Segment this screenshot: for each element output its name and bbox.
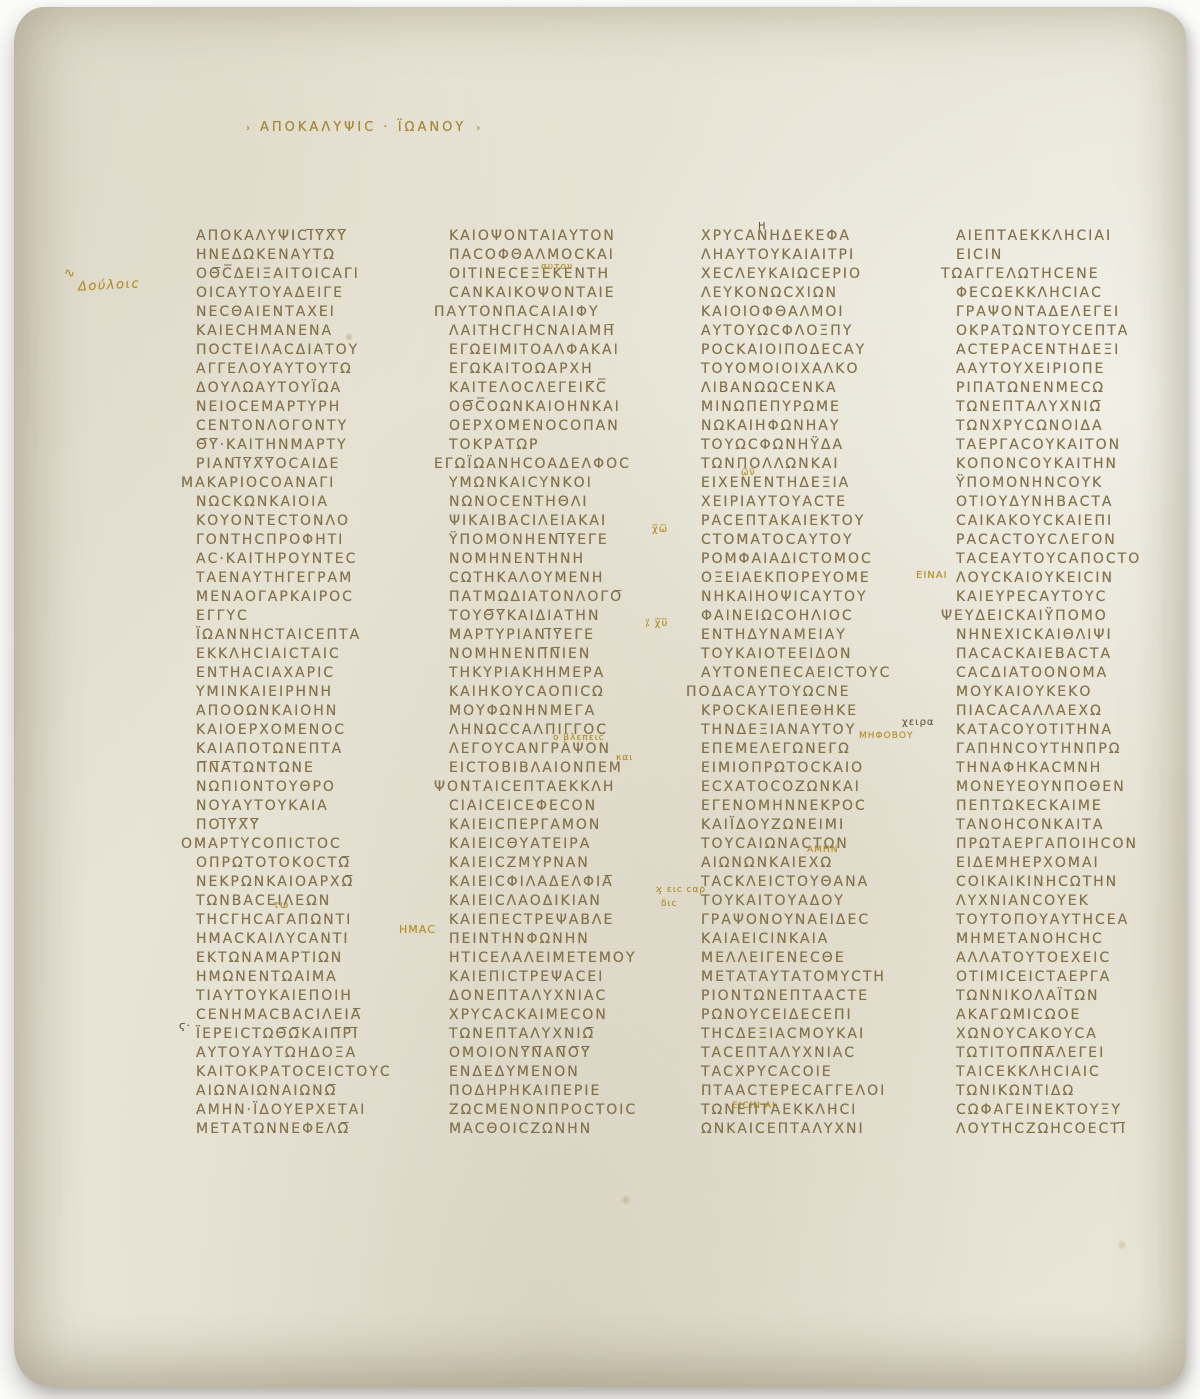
text-line: ΠΕΙΝΤΗΝΦΩΝΗΝ xyxy=(449,930,687,949)
text-line: ΚΑΙΟΕΡΧΟΜΕΝΟC xyxy=(196,721,434,740)
text-line: ΚΑΙΟΨΟΝΤΑΙΑΥΤΟΝ xyxy=(449,227,687,246)
text-line: ΡΩΝΟΥCΕΙΔΕCΕΠΙ xyxy=(701,1006,939,1025)
text-line: ΑΙΕΠΤΑΕΚΚΛΗCΙΑΙ xyxy=(956,227,1194,246)
text-line: ΕΙCΙΝ xyxy=(956,246,1194,265)
text-line: ΝΗΝΕΧΙCΚΑΙΘΛΙΨΙ xyxy=(956,626,1194,645)
text-line: CΑΙΚΑΚΟΥCΚΑΙΕΠΙ xyxy=(956,512,1194,531)
text-line: ΝΟΜΗΝΕΝΤΗΝΗ xyxy=(449,550,687,569)
text-line: ΝΩΚΑΙΗΦΩΝΗΑΥ xyxy=(701,417,939,436)
text-line: ΕΙΔΕΜΗΕΡΧΟΜΑΙ xyxy=(956,854,1194,873)
text-line: ΠΙΑCΑCΑΛΛΑΕΧΩ xyxy=(956,702,1194,721)
text-line: ΝΕCΘΑΙΕΝΤΑΧΕΙ xyxy=(196,303,434,322)
text-line: ΧΡΥCΑCΚΑΙΜΕCΟΝ xyxy=(449,1006,687,1025)
text-line: ΕΓΩΕΙΜΙΤΟΑΛΦΑΚΑΙ xyxy=(449,341,687,360)
text-column-3: ΧΡΥCΑΝΗΔΕΚΕΦΑΛΗΑΥΤΟΥΚΑΙΑΙΤΡΙΧΕCΛΕΥΚΑΙΩCΕ… xyxy=(701,227,939,1139)
text-line: ΜΙΝΩΠΕΠΥΡΩΜΕ xyxy=(701,398,939,417)
text-line: ΡΑCΕΠΤΑΚΑΙΕΚΤΟΥ xyxy=(701,512,939,531)
text-line: ΝΟΜΗΝΕΝΠ̅Ν̅ΙΕΝ xyxy=(449,645,687,664)
text-line: ΜΕΛΛΕΙΓΕΝΕCΘΕ xyxy=(701,949,939,968)
text-line: ΕΚΚΛΗCΙΑΙCΤΑΙC xyxy=(196,645,434,664)
text-line: ΟΞΕΙΑΕΚΠΟΡΕΥΟΜΕ xyxy=(701,569,939,588)
text-line: ΕΝΔΕΔΥΜΕΝΟΝ xyxy=(449,1063,687,1082)
text-line: ΤΟΥΚΑΙΤΟΥΑΔΟΥ xyxy=(701,892,939,911)
text-line: ΕΙΜΙΟΠΡΩΤΟCΚΑΙΟ xyxy=(701,759,939,778)
text-column-4: ΑΙΕΠΤΑΕΚΚΛΗCΙΑΙΕΙCΙΝΤΩΑΓΓΕΛΩΤΗCΕΝΕΦΕCΩΕΚ… xyxy=(956,227,1194,1139)
text-line: ΡΑCΑCΤΟΥCΛΕΓΟΝ xyxy=(956,531,1194,550)
text-line: ΓΑΠΗΝCΟΥΤΗΝΠΡΩ xyxy=(956,740,1194,759)
margin-squiggle: ∿ xyxy=(64,266,77,282)
text-line: ΤΑΕΝΑΥΤΗΓΕΓΡΑΜ xyxy=(196,569,434,588)
text-line: ΧΡΥCΑΝΗΔΕΚΕΦΑ xyxy=(701,227,939,246)
interlinear-on: ω̅ν̅ xyxy=(741,468,756,478)
text-line: ΚΑΙΕΙCΛΑΟΔΙΚΙΑΝ xyxy=(449,892,687,911)
interlinear-o-blepeis: ο βλεπειϲ xyxy=(553,733,605,743)
text-line: ΛΕΥΚΟΝΩCΧΙΩΝ xyxy=(701,284,939,303)
text-line: ΔΟΥΛΩΑΥΤΟΥΪΩΑ xyxy=(196,379,434,398)
margin-note-cho: χ̅ω̅ xyxy=(652,524,668,535)
margin-note-kai-eis-sar: ϗ ειϲ ϲαρ xyxy=(656,885,706,895)
margin-note-dis: διϲ xyxy=(661,899,678,909)
text-line: ΕΝΤΗΔΥΝΑΜΕΙΑΥ xyxy=(701,626,939,645)
text-line: ΠΑCΑCΚΑΙΕΒΑCΤΑ xyxy=(956,645,1194,664)
text-line: ΤΟΥΤΟΠΟΥΑΥΤΗCΕΑ xyxy=(956,911,1194,930)
text-line: ΕΓΩΪΩΑΝΗCΟΑΔΕΛΦΟC xyxy=(434,455,687,474)
text-line: ΚΑΙΕΙCΠΕΡΓΑΜΟΝ xyxy=(449,816,687,835)
text-line: CΩΦΑΓΕΙΝΕΚΤΟΥΞΥ xyxy=(956,1101,1194,1120)
text-line: ΤΑΕΡΓΑCΟΥΚΑΙΤΟΝ xyxy=(956,436,1194,455)
interlinear-to: τω xyxy=(273,900,289,911)
text-line: ΚΑΙΟΙΟΦΘΑΛΜΟΙ xyxy=(701,303,939,322)
text-line: ΤΗCΔΕΞΙΑCΜΟΥΚΑΙ xyxy=(701,1025,939,1044)
text-line: ΤΗΚΥΡΙΑΚΗΗΜΕΡΑ xyxy=(449,664,687,683)
text-line: ΚΑΙΕΠΙCΤΡΕΨΑCΕΙ xyxy=(449,968,687,987)
text-line: ΕΝΤΗΑCΙΑΧΑΡΙC xyxy=(196,664,434,683)
text-line: ΚΑΙΕΠΕCΤΡΕΨΑΒΛΕ xyxy=(449,911,687,930)
interlinear-eta: Η xyxy=(758,221,767,232)
running-title-text: ΑΠΟΚΑΛΥΨΙC · ΪΩΑΝΟΥ xyxy=(260,120,466,135)
text-line: ΠΕΠΤΩΚΕCΚΑΙΜΕ xyxy=(956,797,1194,816)
text-line: ΤΩΝΝΙΚΟΛΑΪΤΩΝ xyxy=(956,987,1194,1006)
text-line: ΕCΧΑΤΟCΟΖΩΝΚΑΙ xyxy=(701,778,939,797)
text-line: ΝΗΚΑΙΗΟΨΙCΑΥΤΟΥ xyxy=(701,588,939,607)
text-line: ΤΙΑΥΤΟΥΚΑΙΕΠΟΙΗ xyxy=(196,987,434,1006)
text-line: ΑΥΤΟΥΑΥΤΩΗΔΟΞΑ xyxy=(196,1044,434,1063)
margin-note-chy: ⁒ χ̅υ̅ xyxy=(645,618,668,629)
text-line: ΟΚΡΑΤΩΝΤΟΥCΕΠΤΑ xyxy=(956,322,1194,341)
text-line: ΠΑΥΤΟΝΠΑCΑΙΑΙΦΥ xyxy=(434,303,687,322)
text-line: CΤΟΜΑΤΟCΑΥΤΟΥ xyxy=(701,531,939,550)
text-line: ΚΑΙΕΙCΦΙΛΑΔΕΛΦΙΑ̅ xyxy=(449,873,687,892)
text-line: ΠΟΔΑCΑΥΤΟΥΩCΝΕ xyxy=(686,683,939,702)
text-line: ΟΕΡΧΟΜΕΝΟCΟΠΑΝ xyxy=(449,417,687,436)
text-line: ΑΛΛΑΤΟΥΤΟΕΧΕΙC xyxy=(956,949,1194,968)
text-line: Θ̅Υ̅·ΚΑΙΤΗΝΜΑΡΤΥ xyxy=(196,436,434,455)
running-title: ›ΑΠΟΚΑΛΥΨΙC · ΪΩΑΝΟΥ› xyxy=(236,120,490,135)
text-line: ΕΠΕΜΕΛΕΓΩΝΕΓΩ xyxy=(701,740,939,759)
margin-note-me-phobou: ΜΗΦΟΒΟΥ xyxy=(859,731,913,741)
text-line: ΟΤΙΟΥΔΥΝΗΒΑCΤΑ xyxy=(956,493,1194,512)
text-line: ΗΜΩΝΕΝΤΩΑΙΜΑ xyxy=(196,968,434,987)
text-line: ΜΑΚΑΡΙΟCΟΑΝΑΓΙ xyxy=(181,474,434,493)
text-line: ΡΙΟΝΤΩΝΕΠΤΑΑCΤΕ xyxy=(701,987,939,1006)
text-line: Π̅Ν̅Α̅ΤΩΝΤΩΝΕ xyxy=(196,759,434,778)
text-line: ΜΗΜΕΤΑΝΟΗCΗC xyxy=(956,930,1194,949)
title-ornament-right: › xyxy=(476,123,480,134)
text-line: ΛΟΥCΚΑΙΟΥΚΕΙCΙΝ xyxy=(956,569,1194,588)
text-line: ΪΩΑΝΝΗCΤΑΙCΕΠΤΑ xyxy=(196,626,434,645)
text-line: CΑΝΚΑΙΚΟΨΟΝΤΑΙΕ xyxy=(449,284,687,303)
text-column-2: ΚΑΙΟΨΟΝΤΑΙΑΥΤΟΝΠΑCΟΦΘΑΛΜΟCΚΑΙΟΙΤΙΝΕCΕΞΕΚ… xyxy=(449,227,687,1139)
text-line: ΧΕCΛΕΥΚΑΙΩCΕΡΙΟ xyxy=(701,265,939,284)
text-line: ΠΟΔΗΡΗΚΑΙΠΕΡΙΕ xyxy=(449,1082,687,1101)
text-line: ΤΗΝΑΦΗΚΑCΜΝΗ xyxy=(956,759,1194,778)
text-line: CΕΝΗΜΑCΒΑCΙΛΕΙΑ̅ xyxy=(196,1006,434,1025)
text-line: ΜΕΤΑΤΩΝΝΕΦΕΛΩ̅ xyxy=(196,1120,434,1139)
text-line: ΚΑΙΕCΗΜΑΝΕΝΑ xyxy=(196,322,434,341)
text-line: CΩΤΗΚΑΛΟΥΜΕΝΗ xyxy=(449,569,687,588)
text-line: ΝΕΙΟCΕΜΑΡΤΥΡΗ xyxy=(196,398,434,417)
text-line: ΦΑΙΝΕΙΩCΟΗΛΙΟC xyxy=(701,607,939,626)
text-line: ΟΘ̅C̅ΔΕΙΞΑΙΤΟΙCΑΓΙ xyxy=(196,265,434,284)
text-line: ΤΑΙCΕΚΚΛΗCΙΑΙC xyxy=(956,1063,1194,1082)
text-line: ΤΑCΧΡΥCΑCΟΙΕ xyxy=(701,1063,939,1082)
text-line: ΤΟΥΩCΦΩΝΗΫΔΑ xyxy=(701,436,939,455)
text-line: ΤΩΝΙΚΩΝΤΙΔΩ xyxy=(956,1082,1194,1101)
text-line: ΟΙCΑΥΤΟΥΑΔΕΙΓΕ xyxy=(196,284,434,303)
text-column-1: ΑΠΟΚΑΛΥΨΙCΙ̅Υ̅Χ̅Υ̅ΗΝΕΔΩΚΕΝΑΥΤΩΟΘ̅C̅ΔΕΙΞΑ… xyxy=(196,227,434,1139)
text-line: ΡΟCΚΑΙΟΙΠΟΔΕCΑΥ xyxy=(701,341,939,360)
interlinear-eisin-ai: ΕΙCΙΝ ΑΙ xyxy=(732,1101,776,1111)
text-line: ΕΙΧΕΝΕΝΤΗΔΕΞΙΑ xyxy=(701,474,939,493)
text-line: ΤΩΝΒΑCΕΙΛΕΩΝ xyxy=(196,892,434,911)
text-line: CΙΑΙCΕΙCΕΦΕCΟΝ xyxy=(449,797,687,816)
margin-mark-stigma: ϛ· xyxy=(179,1019,191,1032)
text-line: ΟΠΡΩΤΟΤΟΚΟCΤΩ̅ xyxy=(196,854,434,873)
text-line: ΤΟΚΡΑΤΩΡ xyxy=(449,436,687,455)
text-line: ΑCΤΕΡΑCΕΝΤΗΔΕΞΙ xyxy=(956,341,1194,360)
manuscript-photo: ›ΑΠΟΚΑΛΥΨΙC · ΪΩΑΝΟΥ› ΑΠΟΚΑΛΥΨΙCΙ̅Υ̅Χ̅Υ̅… xyxy=(0,0,1200,1399)
text-line: ΑΥΤΟΝΕΠΕCΑΕΙCΤΟΥC xyxy=(701,664,939,683)
text-line: ΑΓΓΕΛΟΥΑΥΤΟΥΤΩ xyxy=(196,360,434,379)
interlinear-kai: και xyxy=(616,753,633,763)
text-line: ΠΟΙ̅Υ̅Χ̅Υ̅ xyxy=(196,816,434,835)
text-line: ΚΑΙΪΔΟΥΖΩΝΕΙΜΙ xyxy=(701,816,939,835)
text-line: ΫΠΟΜΟΝΗΝCΟΥΚ xyxy=(956,474,1194,493)
text-line: CΑCΔΙΑΤΟΟΝΟΜΑ xyxy=(956,664,1194,683)
text-line: ΤΟΥΚΑΙΟΤΕΕΙΔΟΝ xyxy=(701,645,939,664)
text-line: ΝΕΚΡΩΝΚΑΙΟΑΡΧΩ̅ xyxy=(196,873,434,892)
text-line: ΜΑCΘΟΙCΖΩΝΗΝ xyxy=(449,1120,687,1139)
text-line: ΤΑCΕΑΥΤΟΥCΑΠΟCΤΟ xyxy=(956,550,1194,569)
text-line: ΛΑΙΤΗCΓΗCΝΑΙΑΜΗ̅ xyxy=(449,322,687,341)
text-line: ΑC·ΚΑΙΤΗΡΟΥΝΤΕC xyxy=(196,550,434,569)
text-line: ΛΙΒΑΝΩΩCΕΝΚΑ xyxy=(701,379,939,398)
text-line: ΕΓΩΚΑΙΤΟΩΑΡΧΗ xyxy=(449,360,687,379)
text-line: ΤΑΝΟΗCΟΝΚΑΙΤΑ xyxy=(956,816,1194,835)
text-line: ΧΩΝΟΥCΑΚΟΥCΑ xyxy=(956,1025,1194,1044)
text-line: ΟΜΟΙΟΝΥ̅Ν̅ΑΝ̅Ο̅Υ̅ xyxy=(449,1044,687,1063)
text-line: ΤΟΥΟΜΟΙΟΙΧΑΛΚΟ xyxy=(701,360,939,379)
text-line: ΕΓΓΥC xyxy=(196,607,434,626)
text-line: ΠΟCΤΕΙΛΑCΔΙΑΤΟΥ xyxy=(196,341,434,360)
text-line: ΚΑΙΤΟΚΡΑΤΟCΕΙCΤΟΥC xyxy=(196,1063,434,1082)
text-line: ΝΩΠΙΟΝΤΟΥΘΡΟ xyxy=(196,778,434,797)
text-line: ΡΙΑΝΙ̅Υ̅Χ̅Υ̅ΟCΑΙΔΕ xyxy=(196,455,434,474)
text-line: ΤΩΝΕΠΤΑΛΥΧΝΙΩ̅ xyxy=(449,1025,687,1044)
text-line: ΑΠΟΚΑΛΥΨΙCΙ̅Υ̅Χ̅Υ̅ xyxy=(196,227,434,246)
margin-note-einai: ΕΙΝΑΙ xyxy=(916,570,948,581)
text-line: ΖΩCΜΕΝΟΝΠΡΟCΤΟΙC xyxy=(449,1101,687,1120)
text-line: ΓΡΑΨΟΝΤΑΔΕΛΕΓΕΙ xyxy=(956,303,1194,322)
margin-note-hemas: ΗΜΑC xyxy=(399,923,436,936)
text-line: ΛΟΥΤΗCΖΩΗCΟΕCΤΙ̅ xyxy=(956,1120,1194,1139)
text-line: ΛΥΧΝΙΑΝCΟΥΕΚ xyxy=(956,892,1194,911)
text-line: ΟΜΑΡΤΥCΟΠΙCΤΟC xyxy=(181,835,434,854)
text-line: ΜΟΝΕΥΕΟΥΝΠΟΘΕΝ xyxy=(956,778,1194,797)
text-line: ΦΕCΩΕΚΚΛΗCΙΑC xyxy=(956,284,1194,303)
text-line: ΑΙΩΝΑΙΩΝΑΙΩΝΩ̅ xyxy=(196,1082,434,1101)
text-line: ΗΤΙCΕΛΑΛΕΙΜΕΤΕΜΟΥ xyxy=(449,949,687,968)
text-line: ΤΩΝΕΠΤΑΛΥΧΝΙΩ̅ xyxy=(956,398,1194,417)
text-line: ΑΚΑΓΩΜΙCΩΟΕ xyxy=(956,1006,1194,1025)
text-line: ΑΜΗΝ·ΪΔΟΥΕΡΧΕΤΑΙ xyxy=(196,1101,434,1120)
text-line: CΕΝΤΟΝΛΟΓΟΝΤΥ xyxy=(196,417,434,436)
text-line: ΩΝΚΑΙCΕΠΤΑΛΥΧΝΙ xyxy=(701,1120,939,1139)
text-line: ΑΥΤΟΥΩCΦΛΟΞΠΥ xyxy=(701,322,939,341)
text-line: ΜΟΥΚΑΙΟΥΚΕΚΟ xyxy=(956,683,1194,702)
text-line: ΟΤΙΜΙCΕΙCΤΑΕΡΓΑ xyxy=(956,968,1194,987)
text-line: ΠΑΤΜΩΔΙΑΤΟΝΛΟΓΟ̅ xyxy=(449,588,687,607)
text-line: ΝΟΥΑΥΤΟΥΚΑΙΑ xyxy=(196,797,434,816)
text-line: ΜΕΝΑΟΓΑΡΚΑΙΡΟC xyxy=(196,588,434,607)
text-line: ΓΡΑΨΟΝΟΥΝΑΕΙΔΕC xyxy=(701,911,939,930)
text-line: ΝΩCΚΩΝΚΑΙΟΙΑ xyxy=(196,493,434,512)
text-line: ΕΚΤΩΝΑΜΑΡΤΙΩΝ xyxy=(196,949,434,968)
interlinear-amen: ΑΜΗΝ xyxy=(807,845,838,855)
margin-note-cheira: χειρα xyxy=(902,717,935,728)
text-line: CΟΙΚΑΙΚΙΝΗCΩΤΗΝ xyxy=(956,873,1194,892)
text-line: ΗΝΕΔΩΚΕΝΑΥΤΩ xyxy=(196,246,434,265)
text-line: ΜΟΥΦΩΝΗΝΜΕΓΑ xyxy=(449,702,687,721)
text-line: ΑΠΟΟΩΝΚΑΙΟΗΝ xyxy=(196,702,434,721)
text-line: ΚΑΙΑΕΙCΙΝΚΑΙΑ xyxy=(701,930,939,949)
text-line: ΡΟΜΦΑΙΑΔΙCΤΟΜΟC xyxy=(701,550,939,569)
text-line: ΚΑΙΕΥΡΕCΑΥΤΟΥC xyxy=(956,588,1194,607)
text-line: ΕΙCΤΟΒΙΒΛΑΙΟΝΠΕΜ xyxy=(449,759,687,778)
text-line: ΓΟΝΤΗCΠΡΟΦΗΤΙ xyxy=(196,531,434,550)
text-line: ΚΑΙΤΕΛΟCΛΕΓΕΙΚ̅C̅ xyxy=(449,379,687,398)
text-line: ΠΡΩΤΑΕΡΓΑΠΟΙΗCΟΝ xyxy=(956,835,1194,854)
text-line: ΑΑΥΤΟΥΧΕΙΡΙΟΠΕ xyxy=(956,360,1194,379)
text-line: ΔΟΝΕΠΤΑΛΥΧΝΙΑC xyxy=(449,987,687,1006)
text-line: ΝΩΝΟCΕΝΤΗΘΛΙ xyxy=(449,493,687,512)
text-line: ΥΜΙΝΚΑΙΕΙΡΗΝΗ xyxy=(196,683,434,702)
text-line: ΟΘ̅C̅ΟΩΝΚΑΙΟΗΝΚΑΙ xyxy=(449,398,687,417)
text-line: ΤΩΤΙΤΟΠ̅Ν̅Α̅ΛΕΓΕΙ xyxy=(956,1044,1194,1063)
text-line: ΨΕΥΔΕΙCΚΑΙΫΠΟΜΟ xyxy=(941,607,1194,626)
text-line: ΤΑCΕΠΤΑΛΥΧΝΙΑC xyxy=(701,1044,939,1063)
text-line: ΡΙΠΑΤΩΝΕΝΜΕCΩ xyxy=(956,379,1194,398)
text-line: ΤΩΝΧΡΥCΩΝΟΙΔΑ xyxy=(956,417,1194,436)
text-line: ΠΤΑΑCΤΕΡΕCΑΓΓΕΛΟΙ xyxy=(701,1082,939,1101)
text-line: ΚΟΥΟΝΤΕCΤΟΝΛΟ xyxy=(196,512,434,531)
text-line: ΪΕΡΕΙCΤΩΘ̅Ω̅ΚΑΙΠ̅Ρ̅Ι̅ xyxy=(196,1025,434,1044)
text-line: ΤΩΑΓΓΕΛΩΤΗCΕΝΕ xyxy=(941,265,1194,284)
text-line: ΥΜΩΝΚΑΙCΥΝΚΟΙ xyxy=(449,474,687,493)
text-line: ΧΕΙΡΙΑΥΤΟΥΑCΤΕ xyxy=(701,493,939,512)
text-line: ΚΑΙΗΚΟΥCΑΟΠΙCΩ xyxy=(449,683,687,702)
text-line: ΚΑΤΑCΟΥΟΤΙΤΗΝΑ xyxy=(956,721,1194,740)
text-line: ΜΕΤΑΤΑΥΤΑΤΟΜΥCΤΗ xyxy=(701,968,939,987)
text-line: ΚΑΙΕΙCΖΜΥΡΝΑΝ xyxy=(449,854,687,873)
text-line: ΨΟΝΤΑΙCΕΠΤΑΕΚΚΛΗ xyxy=(434,778,687,797)
text-line: ΕΓΕΝΟΜΗΝΝΕΚΡΟC xyxy=(701,797,939,816)
text-line: ΛΗΑΥΤΟΥΚΑΙΑΙΤΡΙ xyxy=(701,246,939,265)
interlinear-auton: αυτον xyxy=(541,262,573,272)
text-line: ΤΩΝΠΟΛΛΩΝΚΑΙ xyxy=(701,455,939,474)
text-line: ΚΑΙΑΠΟΤΩΝΕΠΤΑ xyxy=(196,740,434,759)
text-line: ΚΟΠΟΝCΟΥΚΑΙΤΗΝ xyxy=(956,455,1194,474)
text-line: ΚΑΙΕΙCΘΥΑΤΕΙΡΑ xyxy=(449,835,687,854)
text-line: ΑΙΩΝΩΝΚΑΙΕΧΩ xyxy=(701,854,939,873)
text-line: ΤΑCΚΛΕΙCΤΟΥΘΑΝΑ xyxy=(701,873,939,892)
title-ornament-left: › xyxy=(246,123,250,134)
